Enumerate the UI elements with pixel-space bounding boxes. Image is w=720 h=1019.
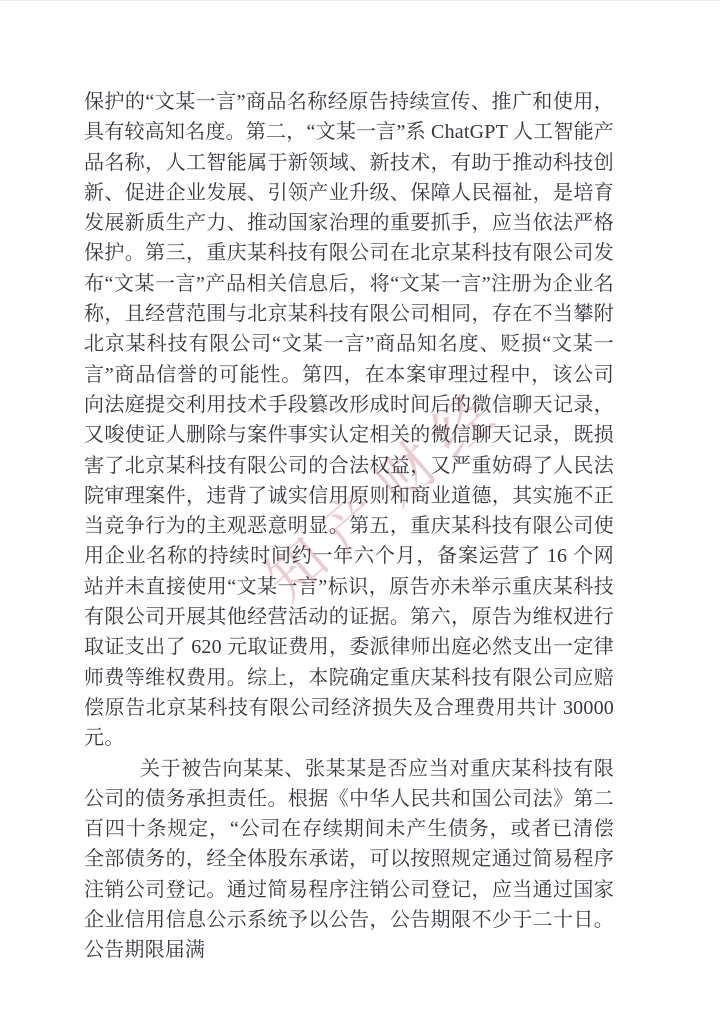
body-paragraph: 关于被告向某某、张某某是否应当对重庆某科技有限公司的债务承担责任。根据《中华人民… — [84, 754, 614, 966]
body-paragraph: 保护的“文某一言”商品名称经原告持续宣传、推广和使用，具有较高知名度。第二，“文… — [84, 87, 614, 754]
document-text-block: 保护的“文某一言”商品名称经原告持续宣传、推广和使用，具有较高知名度。第二，“文… — [84, 87, 614, 966]
judgment-document-page: 知产财经 保护的“文某一言”商品名称经原告持续宣传、推广和使用，具有较高知名度。… — [0, 0, 720, 1019]
